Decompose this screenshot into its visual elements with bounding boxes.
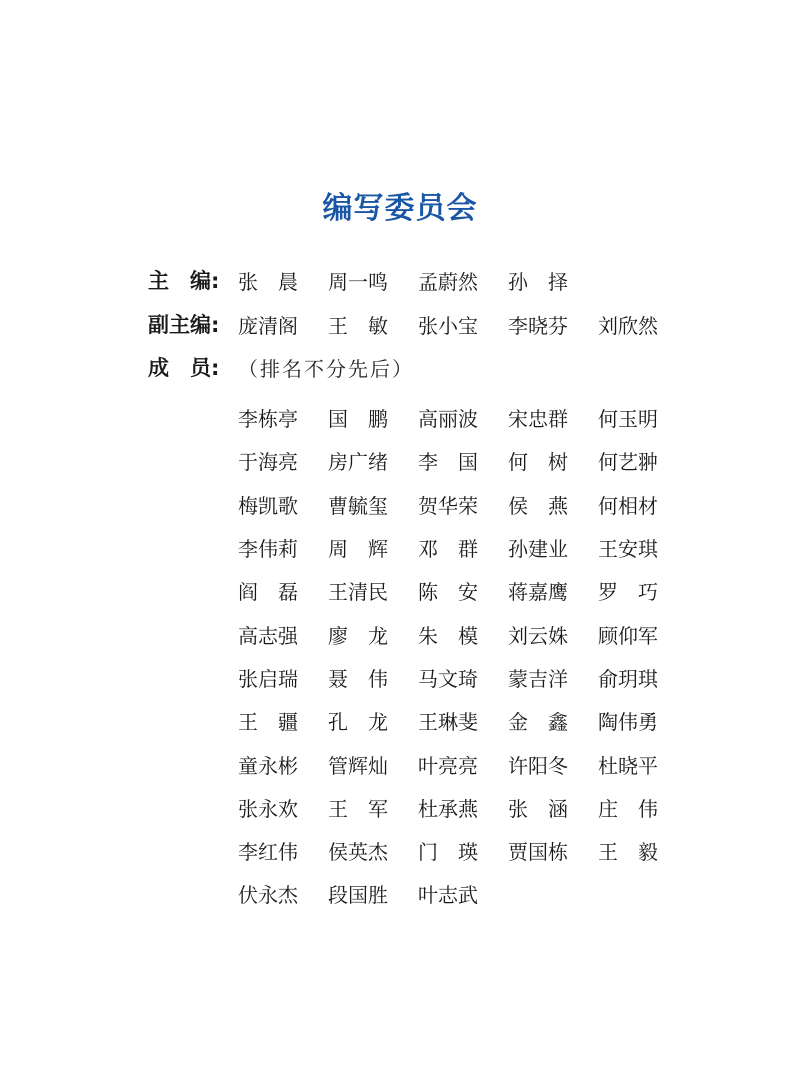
member-name: 蒙吉洋 <box>508 663 598 692</box>
deputy-editor-name: 李晓芬 <box>508 310 598 339</box>
member-name: 贺华荣 <box>418 490 508 519</box>
members-order-note: （排名不分先后） <box>238 353 414 382</box>
member-name: 叶志武 <box>418 879 508 908</box>
member-name: 许阳冬 <box>508 750 598 779</box>
deputy-editors-row: 副主编: 庞清阁 王 敏 张小宝 李晓芬 刘欣然 <box>148 309 688 339</box>
member-name: 陶伟勇 <box>598 706 688 735</box>
member-name: 俞玥琪 <box>598 663 688 692</box>
member-name: 张启瑞 <box>238 663 328 692</box>
member-name: 何 树 <box>508 446 598 475</box>
member-name: 房广绪 <box>328 446 418 475</box>
member-name: 贾国栋 <box>508 836 598 865</box>
deputy-editor-name: 庞清阁 <box>238 310 328 339</box>
member-name: 何相材 <box>598 490 688 519</box>
member-name: 梅凯歌 <box>238 490 328 519</box>
member-name: 管辉灿 <box>328 750 418 779</box>
member-name: 高丽波 <box>418 403 508 432</box>
chief-editors-row: 主 编: 张 晨 周一鸣 孟蔚然 孙 择 <box>148 265 598 295</box>
member-name: 陈 安 <box>418 576 508 605</box>
member-row: 于海亮房广绪李 国何 树何艺翀 <box>238 439 688 482</box>
page-title: 编写委员会 <box>0 183 800 227</box>
member-name: 王 军 <box>328 793 418 822</box>
member-name: 金 鑫 <box>508 706 598 735</box>
chief-editors-label: 主 编: <box>148 265 238 295</box>
member-name: 廖 龙 <box>328 620 418 649</box>
member-row: 童永彬管辉灿叶亮亮许阳冬杜晓平 <box>238 742 688 785</box>
members-list: 李栋亭国 鹏高丽波宋忠群何玉明于海亮房广绪李 国何 树何艺翀梅凯歌曹毓玺贺华荣侯… <box>238 396 688 916</box>
member-name: 庄 伟 <box>598 793 688 822</box>
member-row: 张永欢王 军杜承燕张 涵庄 伟 <box>238 786 688 829</box>
member-name: 叶亮亮 <box>418 750 508 779</box>
member-row: 王 疆孔 龙王琳斐金 鑫陶伟勇 <box>238 699 688 742</box>
chief-editor-name: 张 晨 <box>238 266 328 295</box>
member-name: 王 疆 <box>238 706 328 735</box>
deputy-editor-name: 王 敏 <box>328 310 418 339</box>
member-row: 梅凯歌曹毓玺贺华荣侯 燕何相材 <box>238 483 688 526</box>
chief-editor-name: 孟蔚然 <box>418 266 508 295</box>
member-name: 侯 燕 <box>508 490 598 519</box>
members-label: 成 员: <box>148 352 238 382</box>
member-name: 李 国 <box>418 446 508 475</box>
member-name: 王 毅 <box>598 836 688 865</box>
member-name: 罗 巧 <box>598 576 688 605</box>
member-row: 阎 磊王清民陈 安蒋嘉鹰罗 巧 <box>238 569 688 612</box>
member-name: 侯英杰 <box>328 836 418 865</box>
member-name: 伏永杰 <box>238 879 328 908</box>
member-name: 朱 模 <box>418 620 508 649</box>
member-name: 段国胜 <box>328 879 418 908</box>
member-row: 李红伟侯英杰门 瑛贾国栋王 毅 <box>238 829 688 872</box>
member-name: 何玉明 <box>598 403 688 432</box>
member-name: 张 涵 <box>508 793 598 822</box>
member-name: 杜承燕 <box>418 793 508 822</box>
member-name: 曹毓玺 <box>328 490 418 519</box>
deputy-editor-name: 张小宝 <box>418 310 508 339</box>
member-row: 高志强廖 龙朱 模刘云姝顾仰军 <box>238 612 688 655</box>
member-row: 李伟莉周 辉邓 群孙建业王安琪 <box>238 526 688 569</box>
member-name: 李伟莉 <box>238 533 328 562</box>
deputy-editors-label: 副主编: <box>148 309 238 339</box>
member-name: 张永欢 <box>238 793 328 822</box>
deputy-editor-name: 刘欣然 <box>598 310 688 339</box>
member-name: 国 鹏 <box>328 403 418 432</box>
member-name: 邓 群 <box>418 533 508 562</box>
member-name: 阎 磊 <box>238 576 328 605</box>
member-name: 门 瑛 <box>418 836 508 865</box>
member-name: 周 辉 <box>328 533 418 562</box>
member-name: 杜晓平 <box>598 750 688 779</box>
member-name: 顾仰军 <box>598 620 688 649</box>
member-name: 聂 伟 <box>328 663 418 692</box>
chief-editor-name: 周一鸣 <box>328 266 418 295</box>
member-name: 何艺翀 <box>598 446 688 475</box>
member-name: 高志强 <box>238 620 328 649</box>
member-name: 孙建业 <box>508 533 598 562</box>
members-row: 成 员: （排名不分先后） <box>148 352 414 382</box>
member-name: 于海亮 <box>238 446 328 475</box>
member-name: 王安琪 <box>598 533 688 562</box>
member-name: 马文琦 <box>418 663 508 692</box>
member-name: 宋忠群 <box>508 403 598 432</box>
member-row: 伏永杰段国胜叶志武 <box>238 872 688 915</box>
member-name: 王清民 <box>328 576 418 605</box>
member-name: 王琳斐 <box>418 706 508 735</box>
member-name: 孔 龙 <box>328 706 418 735</box>
member-name: 李栋亭 <box>238 403 328 432</box>
member-row: 李栋亭国 鹏高丽波宋忠群何玉明 <box>238 396 688 439</box>
chief-editor-name: 孙 择 <box>508 266 598 295</box>
member-row: 张启瑞聂 伟马文琦蒙吉洋俞玥琪 <box>238 656 688 699</box>
member-name: 童永彬 <box>238 750 328 779</box>
member-name: 刘云姝 <box>508 620 598 649</box>
member-name: 李红伟 <box>238 836 328 865</box>
member-name: 蒋嘉鹰 <box>508 576 598 605</box>
